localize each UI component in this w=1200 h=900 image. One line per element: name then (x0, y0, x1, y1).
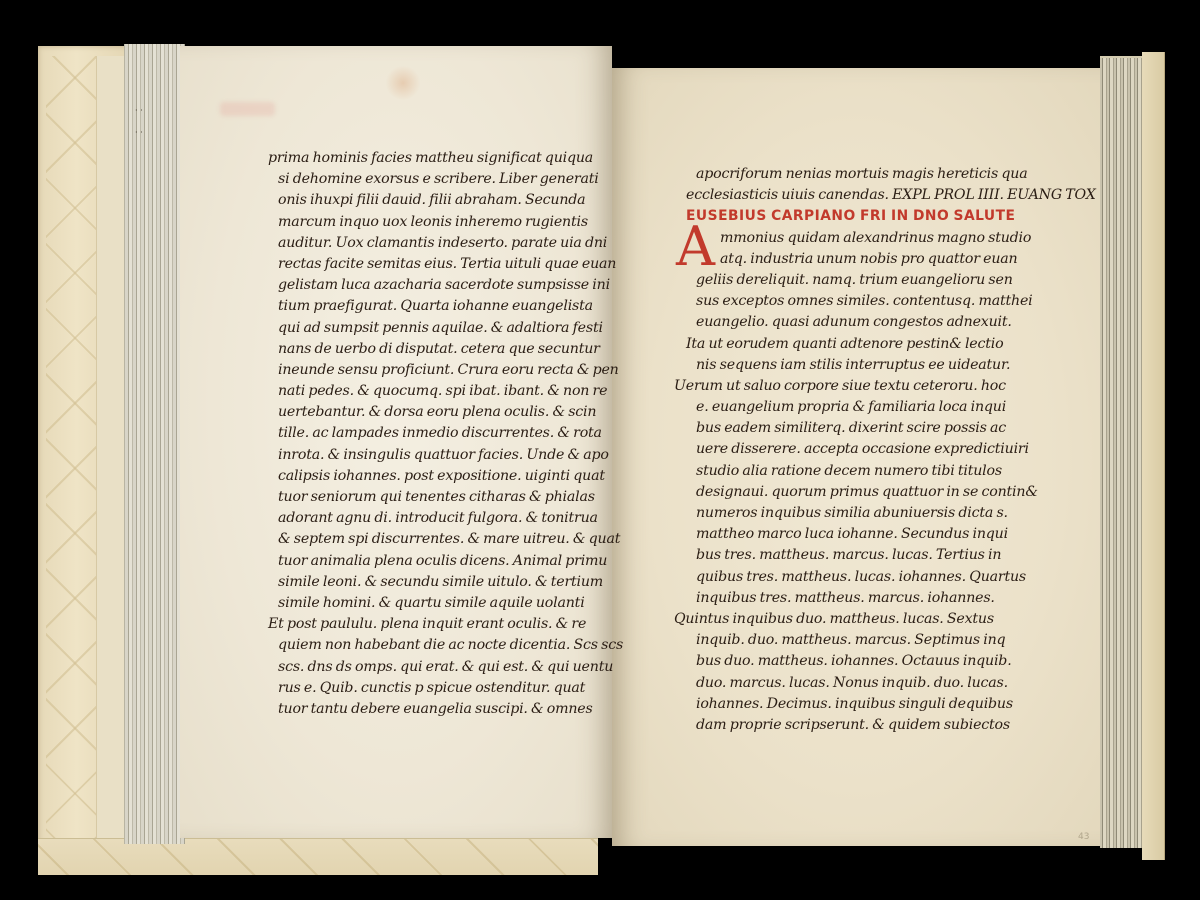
text-line: sus exceptos omnes similes. contentusq. … (686, 291, 1096, 312)
text-line: inrota. & insingulis quattuor facies. Un… (268, 445, 623, 466)
text-line: Uerum ut saluo corpore siue textu cetero… (674, 376, 1096, 397)
text-line: designaui. quorum primus quattuor in se … (686, 482, 1096, 503)
text-line: simile homini. & quartu simile aquile uo… (268, 593, 623, 614)
text-line: euangelio. quasi adunum congestos adnexu… (686, 312, 1096, 333)
text-line: geliis dereliquit. namq. trium euangelio… (686, 270, 1096, 291)
text-line: tuor animalia plena oculis dicens. Anima… (268, 551, 623, 572)
stain-mark (385, 66, 421, 100)
text-line: rectas facite semitas eius. Tertia uitul… (268, 254, 623, 275)
text-line: Et post paululu. plena inquit erant ocul… (268, 614, 623, 635)
text-line: e. euangelium propria & familiaria loca … (686, 397, 1096, 418)
text-line: bus tres. mattheus. marcus. lucas. Terti… (686, 545, 1096, 566)
text-line: Quintus inquibus duo. mattheus. lucas. S… (674, 609, 1096, 630)
text-line: ecclesiasticis uiuis canendas. EXPL PROL… (686, 185, 1096, 206)
text-line: inquibus tres. mattheus. marcus. iohanne… (686, 588, 1096, 609)
text-line: quiem non habebant die ac nocte dicentia… (268, 635, 623, 656)
rubric-heading: EUSEBIUS CARPIANO FRI IN DNO SALUTE (686, 206, 1096, 227)
text-line: gelistam luca azacharia sacerdote sumpsi… (268, 275, 623, 296)
text-line: qui ad sumpsit pennis aquilae. & adaltio… (268, 318, 623, 339)
text-line: mmonius quidam alexandrinus magno studio (686, 228, 1096, 249)
right-page-stack (1100, 56, 1142, 848)
right-page-text: apocriforum nenias mortuis magis heretic… (686, 164, 1096, 736)
left-page-stack (124, 44, 185, 844)
text-line: tium praefigurat. Quarta iohanne euangel… (268, 296, 623, 317)
folio-number: 43 (1078, 832, 1089, 842)
text-line: duo. marcus. lucas. Nonus inquib. duo. l… (686, 673, 1096, 694)
text-line: tuor tantu debere euangelia suscipi. & o… (268, 699, 623, 720)
text-line: iohannes. Decimus. inquibus singuli dequ… (686, 694, 1096, 715)
text-line: quibus tres. mattheus. lucas. iohannes. … (686, 567, 1096, 588)
text-line: onis ihuxpi filii dauid. filii abraham. … (268, 190, 623, 211)
bottom-binding-cover (38, 838, 598, 875)
text-line: si dehomine exorsus e scribere. Liber ge… (268, 169, 623, 190)
margin-notes: · · · · (135, 100, 143, 144)
text-line: & septem spi discurrentes. & mare uitreu… (268, 529, 623, 550)
text-line: apocriforum nenias mortuis magis heretic… (686, 164, 1096, 185)
text-line: inquib. duo. mattheus. marcus. Septimus … (686, 630, 1096, 651)
text-line: bus duo. mattheus. iohannes. Octauus inq… (686, 651, 1096, 672)
text-line: adorant agnu di. introducit fulgora. & t… (268, 508, 623, 529)
decorated-initial: A (676, 220, 715, 274)
text-line: calipsis iohannes. post expositione. uig… (268, 466, 623, 487)
text-line: prima hominis facies mattheu significat … (268, 148, 623, 169)
ink-bleed-through (220, 102, 275, 116)
text-line: numeros inquibus similia abuniuersis dic… (686, 503, 1096, 524)
text-line: uertebantur. & dorsa eoru plena oculis. … (268, 402, 623, 423)
text-line: Ita ut eorudem quanti adtenore pestin& l… (686, 334, 1096, 355)
text-line: rus e. Quib. cunctis p spicue ostenditur… (268, 678, 623, 699)
left-page-text: prima hominis facies mattheu significat … (268, 148, 623, 720)
text-line: nati pedes. & quocumq. spi ibat. ibant. … (268, 381, 623, 402)
text-line: marcum inquo uox leonis inheremo rugient… (268, 212, 623, 233)
text-line: uere disserere. accepta occasione expred… (686, 439, 1096, 460)
text-line: atq. industria unum nobis pro quattor eu… (686, 249, 1096, 270)
text-line: tille. ac lampades inmedio discurrentes.… (268, 423, 623, 444)
text-line: simile leoni. & secundu simile uitulo. &… (268, 572, 623, 593)
text-line: nis sequens iam stilis interruptus ee ui… (686, 355, 1096, 376)
text-line: dam proprie scripserunt. & quidem subiec… (686, 715, 1096, 736)
text-line: scs. dns ds omps. qui erat. & qui est. &… (268, 657, 623, 678)
text-line: auditur. Uox clamantis indeserto. parate… (268, 233, 623, 254)
text-line: studio alia ratione decem numero tibi ti… (686, 461, 1096, 482)
text-line: tuor seniorum qui tenentes citharas & ph… (268, 487, 623, 508)
text-line: ineunde sensu proficiunt. Crura eoru rec… (268, 360, 623, 381)
text-line: bus eadem similiterq. dixerint scire pos… (686, 418, 1096, 439)
open-manuscript: · · · · prima hominis facies mattheu sig… (0, 0, 1200, 900)
right-binding-cover (1142, 52, 1165, 860)
text-line: nans de uerbo di disputat. cetera que se… (268, 339, 623, 360)
text-line: mattheo marco luca iohanne. Secundus inq… (686, 524, 1096, 545)
